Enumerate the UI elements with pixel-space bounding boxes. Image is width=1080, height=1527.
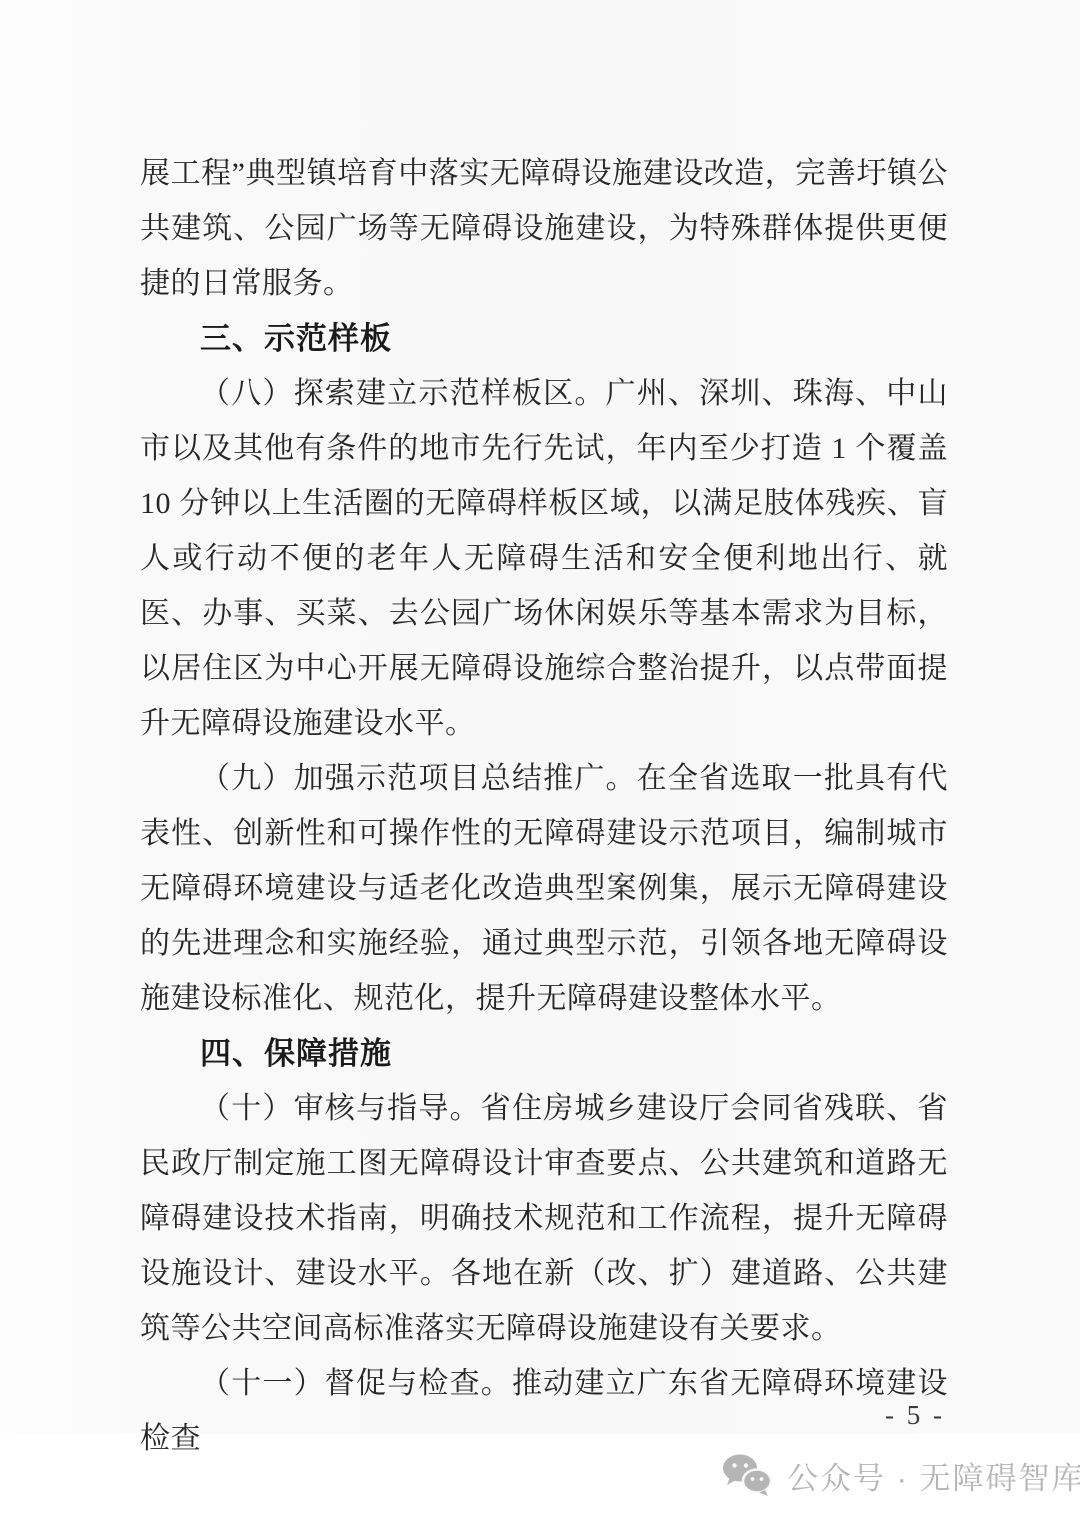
section-heading: 三、示范样板 [140,311,948,366]
paragraph: （八）探索建立示范样板区。广州、深圳、珠海、中山市以及其他有条件的地市先行先试，… [140,366,948,751]
wechat-footer: 公众号 · 无障碍智库 [722,1447,1080,1503]
paragraph: 展工程”典型镇培育中落实无障碍设施建设改造，完善圩镇公共建筑、公园广场等无障碍设… [140,146,948,311]
paragraph: （九）加强示范项目总结推广。在全省选取一批具有代表性、创新性和可操作性的无障碍建… [140,751,948,1026]
document-body: 展工程”典型镇培育中落实无障碍设施建设改造，完善圩镇公共建筑、公园广场等无障碍设… [140,146,948,1466]
section-heading: 四、保障措施 [140,1026,948,1081]
wechat-account-label: 公众号 · 无障碍智库 [787,1453,1080,1498]
page-number: - 5 - [885,1400,945,1431]
paragraph: （十）审核与指导。省住房城乡建设厅会同省残联、省民政厅制定施工图无障碍设计审查要… [140,1081,948,1356]
wechat-icon [722,1453,772,1497]
document-page: 展工程”典型镇培育中落实无障碍设施建设改造，完善圩镇公共建筑、公园广场等无障碍设… [0,0,1080,1527]
